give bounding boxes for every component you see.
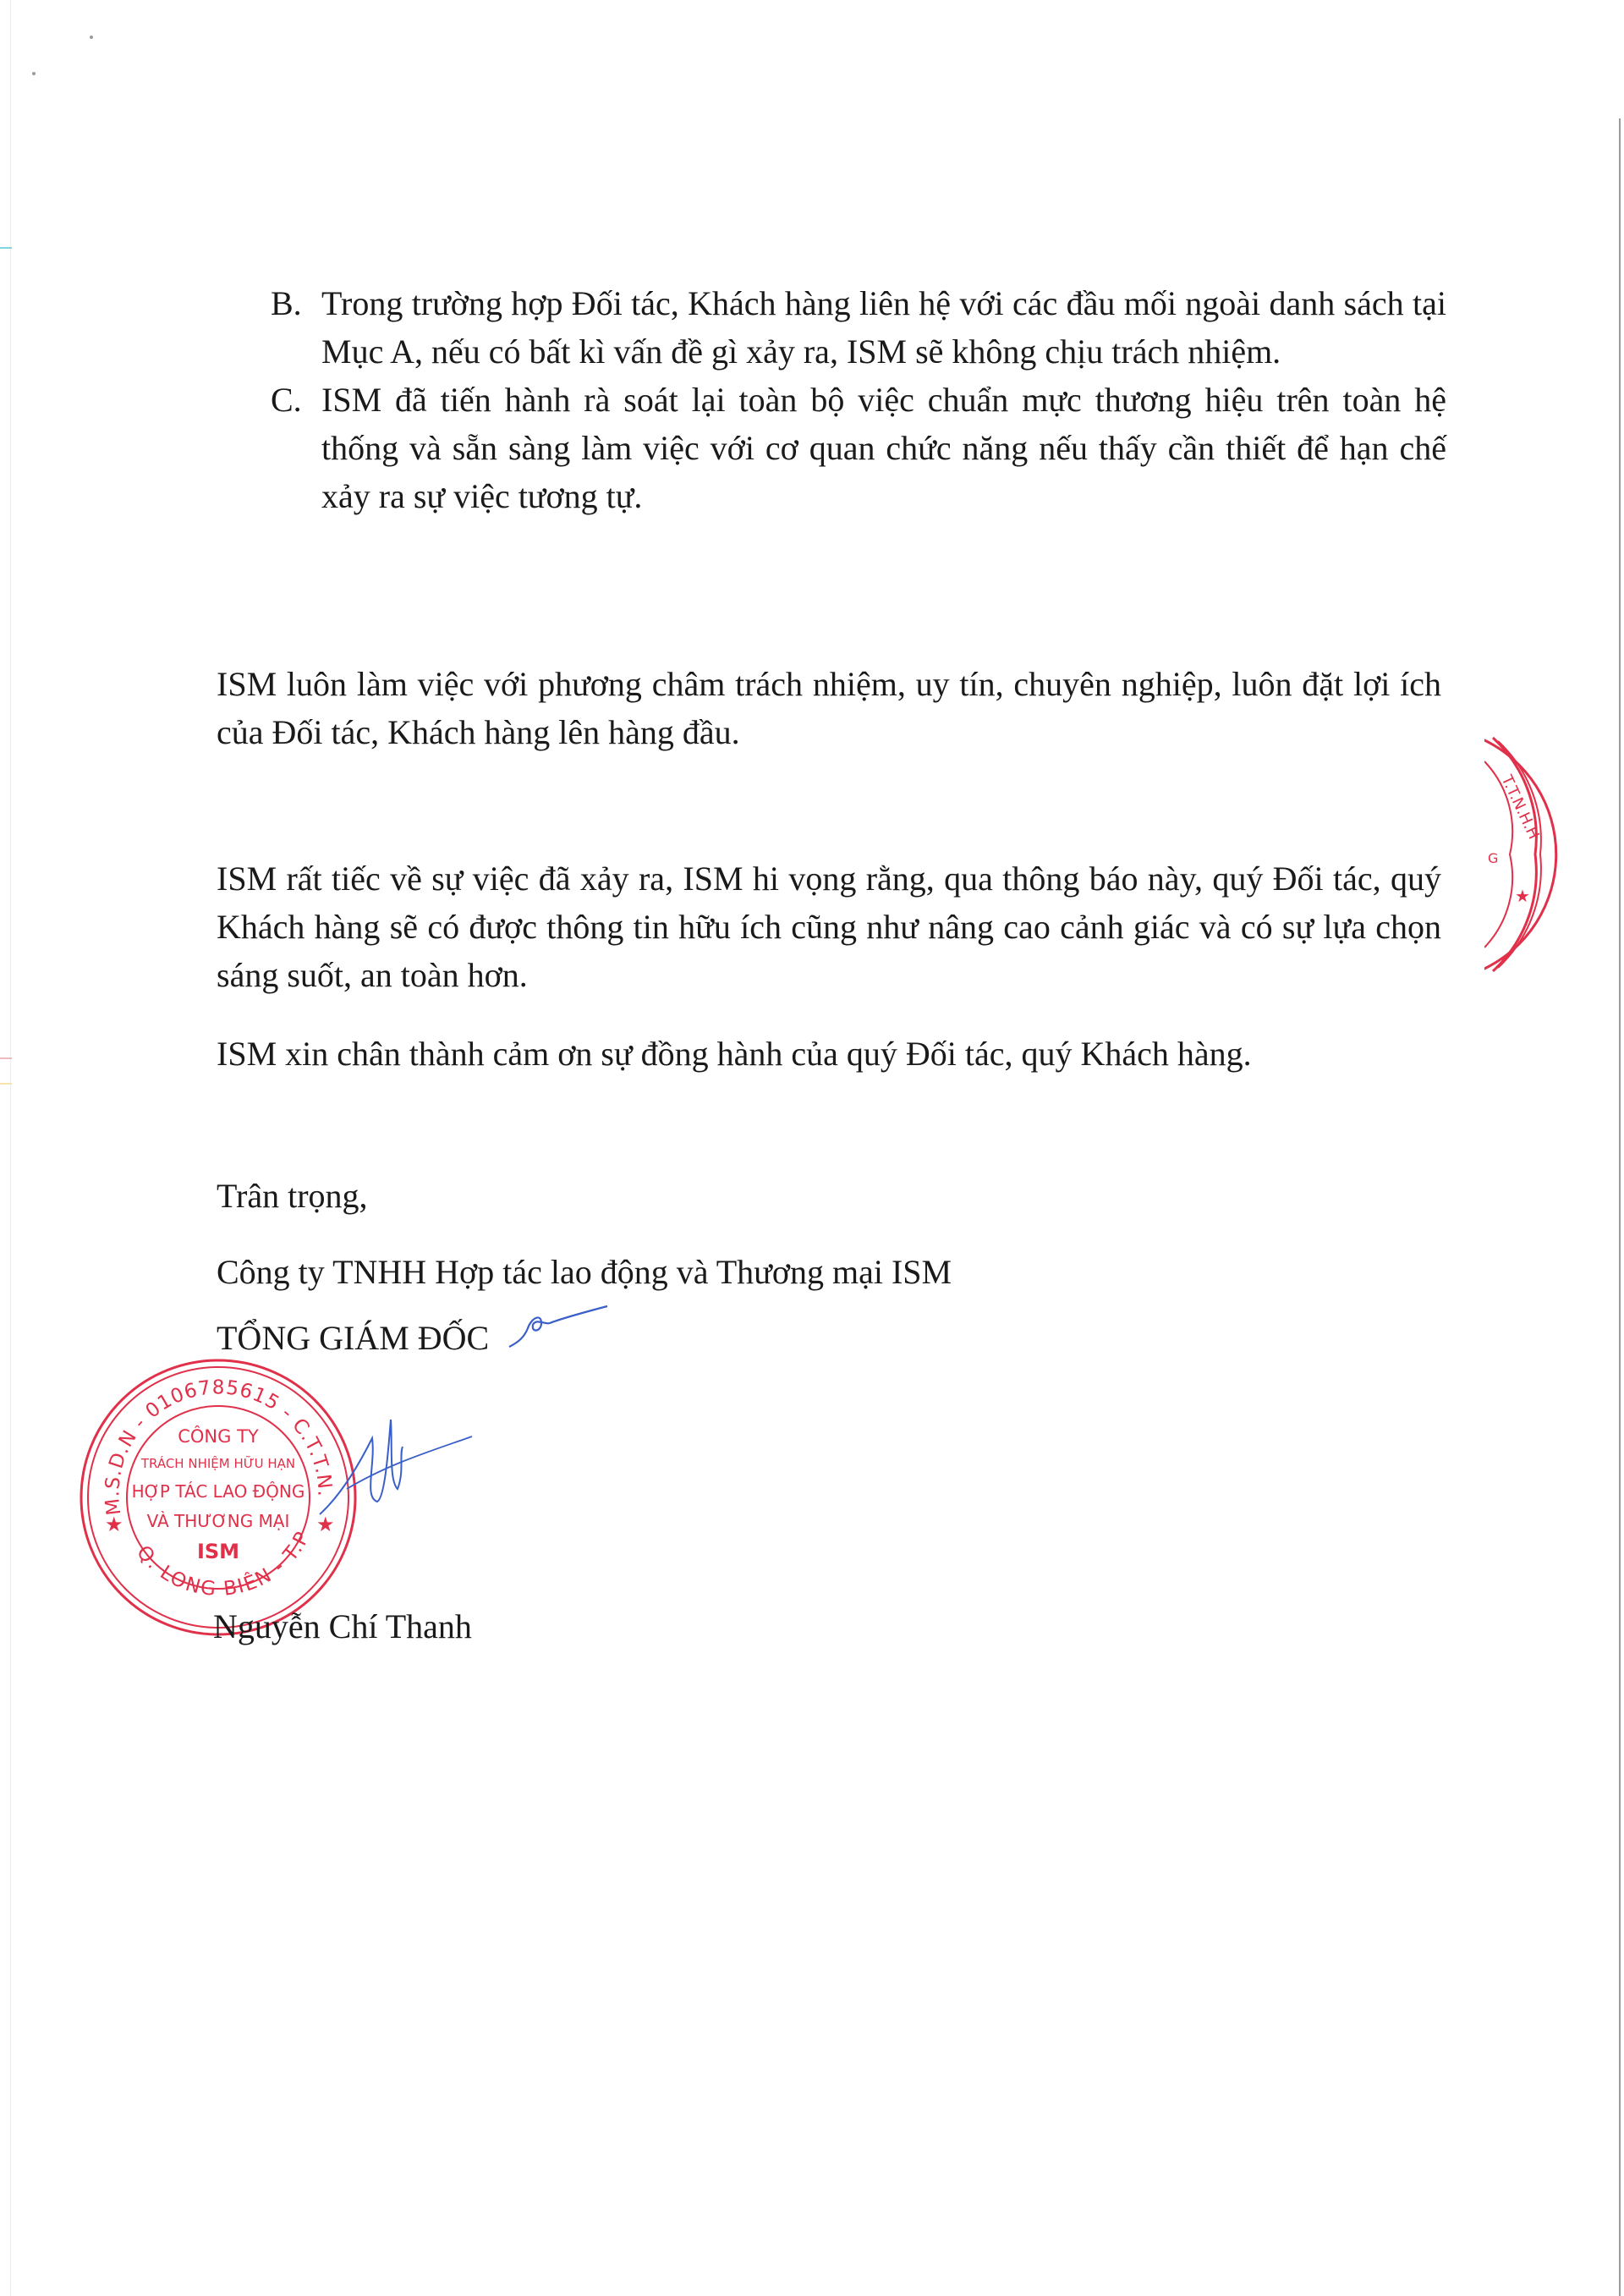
- stamp-star: ★: [105, 1513, 123, 1536]
- list-item-text: Trong trường hợp Đối tác, Khách hàng liê…: [321, 279, 1446, 376]
- partial-seal-text: T.T.N.H.H: [1497, 772, 1543, 842]
- paragraph-regret: ISM rất tiếc về sự việc đã xảy ra, ISM h…: [217, 854, 1441, 999]
- stamp-line: CÔNG TY: [178, 1425, 259, 1447]
- paragraph-commitment: ISM luôn làm việc với phương châm trách …: [217, 660, 1441, 756]
- closing-salutation: Trân trọng,: [217, 1172, 368, 1220]
- scan-edge-mark: [0, 1057, 12, 1059]
- list-item-text: ISM đã tiến hành rà soát lại toàn bộ việ…: [321, 376, 1446, 520]
- page-edge-left: [10, 0, 11, 2296]
- list-item-b: B. Trong trường hợp Đối tác, Khách hàng …: [271, 279, 1446, 376]
- notice-list: B. Trong trường hợp Đối tác, Khách hàng …: [271, 279, 1446, 520]
- partial-seal-icon: T.T.N.H.H ★ G: [1484, 736, 1586, 973]
- list-item-c: C. ISM đã tiến hành rà soát lại toàn bộ …: [271, 376, 1446, 520]
- scan-speck: [32, 72, 36, 75]
- signer-name: Nguyễn Chí Thanh: [213, 1602, 472, 1651]
- partial-seal-star: ★: [1515, 886, 1530, 906]
- page-edge-right: [1619, 118, 1621, 2296]
- scan-edge-mark: [0, 1083, 12, 1085]
- partial-seal: T.T.N.H.H ★ G: [1484, 736, 1586, 973]
- paragraph-thanks: ISM xin chân thành cảm ơn sự đồng hành c…: [217, 1030, 1441, 1078]
- stamp-line: TRÁCH NHIỆM HỮU HẠN: [140, 1455, 295, 1471]
- list-marker: B.: [271, 279, 321, 376]
- partial-seal-letter: G: [1488, 850, 1498, 866]
- stamp-line: VÀ THƯƠNG MẠI: [147, 1511, 290, 1531]
- company-name: Công ty TNHH Hợp tác lao động và Thương …: [217, 1248, 952, 1296]
- stamp-line: HỢP TÁC LAO ĐỘNG: [132, 1481, 305, 1502]
- scan-speck: [90, 36, 93, 39]
- list-marker: C.: [271, 376, 321, 520]
- stamp-line: ISM: [197, 1540, 239, 1563]
- scan-edge-mark: [0, 247, 12, 249]
- initial-signature-icon: [507, 1294, 617, 1354]
- main-signature-icon: [304, 1404, 474, 1531]
